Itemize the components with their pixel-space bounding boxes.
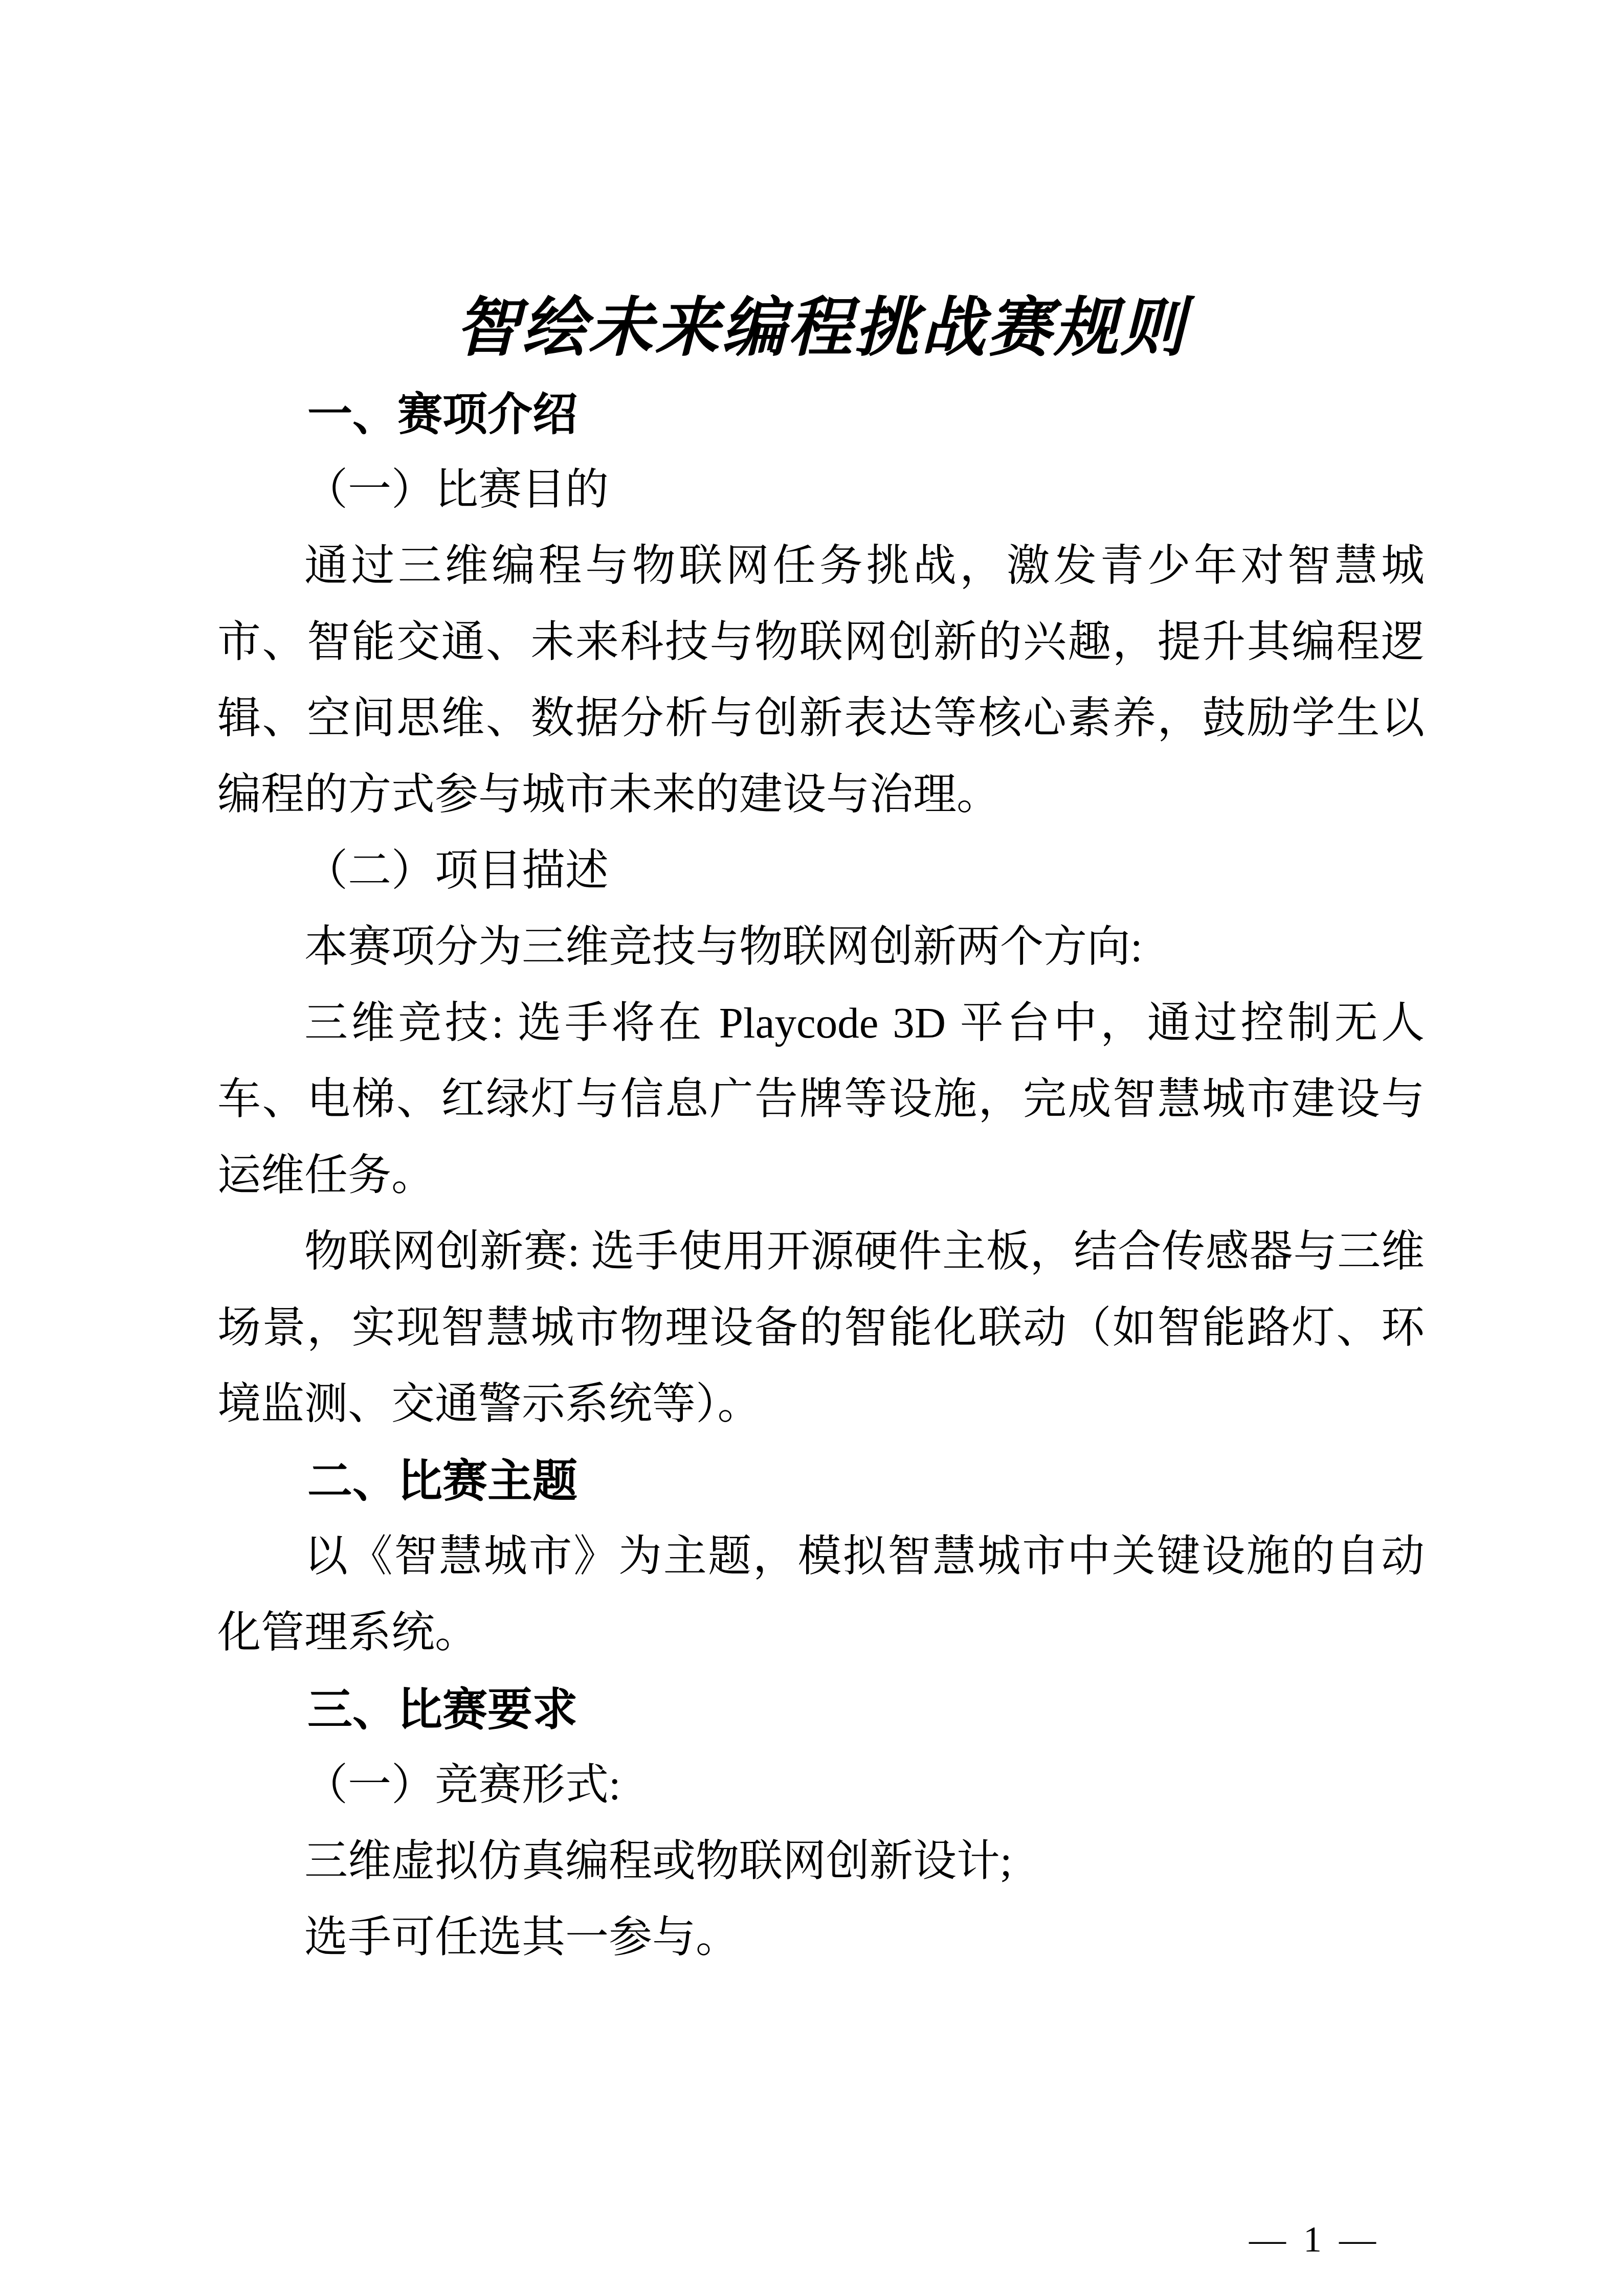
- paragraph-3d-competition: 三维竞技: 选手将在 Playcode 3D 平台中，通过控制无人车、电梯、红绿…: [217, 985, 1425, 1214]
- subheading-competition-format: （一）竞赛形式:: [217, 1747, 1425, 1824]
- document-title: 智绘未来编程挑战赛规则: [217, 280, 1425, 377]
- paragraph-two-directions: 本赛项分为三维竞技与物联网创新两个方向:: [217, 909, 1425, 985]
- paragraph-theme: 以《智慧城市》为主题，模拟智慧城市中关键设施的自动化管理系统。: [217, 1519, 1425, 1671]
- subheading-competition-goal: （一）比赛目的: [217, 452, 1425, 528]
- paragraph-format-options: 三维虚拟仿真编程或物联网创新设计;: [217, 1824, 1425, 1900]
- subheading-project-description: （二）项目描述: [217, 833, 1425, 909]
- section-heading-competition-requirements: 三、比赛要求: [217, 1671, 1425, 1747]
- section-heading-competition-theme: 二、比赛主题: [217, 1443, 1425, 1519]
- page-number: — 1 —: [1249, 2218, 1380, 2261]
- paragraph-format-choice: 选手可任选其一参与。: [217, 1900, 1425, 1976]
- paragraph-iot-innovation: 物联网创新赛: 选手使用开源硬件主板，结合传感器与三维场景，实现智慧城市物理设备…: [217, 1214, 1425, 1443]
- document-body: 一、赛项介绍 （一）比赛目的 通过三维编程与物联网任务挑战，激发青少年对智慧城市…: [217, 376, 1425, 1976]
- paragraph-competition-goal: 通过三维编程与物联网任务挑战，激发青少年对智慧城市、智能交通、未来科技与物联网创…: [217, 528, 1425, 833]
- document-page: 智绘未来编程挑战赛规则 一、赛项介绍 （一）比赛目的 通过三维编程与物联网任务挑…: [0, 0, 1623, 2296]
- section-heading-competition-intro: 一、赛项介绍: [217, 376, 1425, 452]
